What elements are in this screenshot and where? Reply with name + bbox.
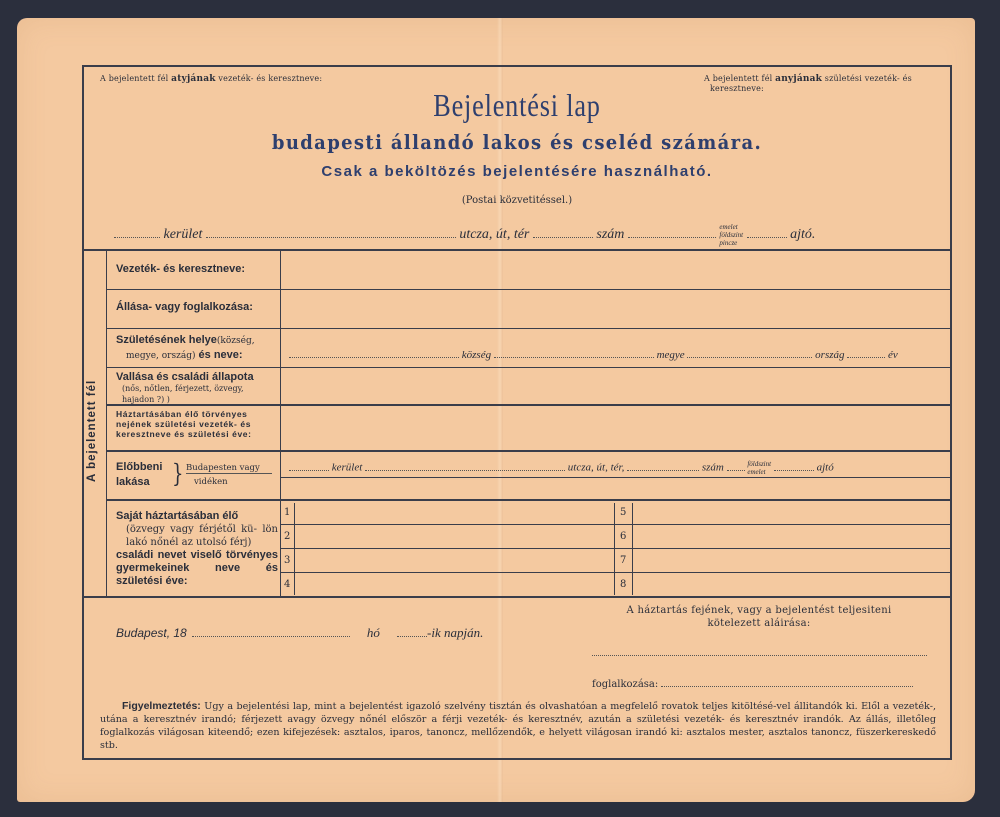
father-name-label: A bejelentett fél atyjának vezeték- és k…: [100, 74, 322, 84]
divider: [84, 596, 950, 598]
warning-text: Figyelmeztetés: Ugy a bejelentési lap, m…: [100, 700, 936, 752]
wife-label: Háztartásában élő törvényes nejének szül…: [116, 409, 276, 439]
child-number: 5: [620, 507, 626, 518]
side-label: A bejelentett fél: [86, 380, 98, 482]
month-field[interactable]: [192, 628, 350, 637]
divider: [106, 450, 950, 452]
signature-field[interactable]: [592, 655, 927, 656]
page-title: Bejelentési lap: [162, 87, 872, 124]
child-number: 4: [284, 579, 290, 590]
floor-field[interactable]: [628, 229, 716, 238]
child-number: 2: [284, 531, 290, 542]
child-field-5[interactable]: [634, 503, 948, 524]
divider: [106, 328, 950, 329]
district-field[interactable]: [114, 229, 160, 238]
year-field[interactable]: [847, 349, 885, 358]
county-field[interactable]: [494, 349, 654, 358]
child-number: 8: [620, 579, 626, 590]
day-field[interactable]: [397, 628, 427, 637]
religion-field[interactable]: [282, 368, 950, 404]
child-field-7[interactable]: [634, 549, 948, 572]
child-number: 1: [284, 507, 290, 518]
prev-door-field[interactable]: [774, 462, 814, 471]
prev-street-field[interactable]: [365, 462, 565, 471]
prev-number-field[interactable]: [627, 462, 699, 471]
previous-residence-options: Budapesten vagy vidéken: [186, 461, 272, 489]
divider: [280, 251, 281, 597]
children-label: Saját háztartásában élő (özvegy vagy fér…: [116, 507, 278, 588]
floor-options: emelet földszint pincze: [719, 223, 743, 247]
divider: [632, 503, 633, 595]
number-field[interactable]: [533, 229, 593, 238]
prev-district-field[interactable]: [289, 462, 329, 471]
date-line: Budapest, 18 hó -ik napján.: [116, 622, 483, 641]
child-field-6[interactable]: [634, 525, 948, 548]
child-number: 3: [284, 555, 290, 566]
divider: [280, 477, 950, 478]
country-field[interactable]: [687, 349, 812, 358]
door-field[interactable]: [747, 229, 787, 238]
address-line: kerület utcza, út, tér szám emelet földs…: [114, 223, 944, 247]
village-field[interactable]: [289, 349, 459, 358]
brace: }: [172, 454, 183, 496]
divider: [106, 251, 107, 597]
usage-note: Csak a beköltözés bejelentésére használh…: [84, 163, 950, 180]
child-field-2[interactable]: [296, 525, 612, 548]
birthplace-label: Születésének helye(község, megye, ország…: [116, 333, 255, 363]
name-label: Vezeték- és keresztneve:: [116, 263, 245, 275]
prev-floor-options: földszint emelet: [747, 460, 771, 476]
child-number: 6: [620, 531, 626, 542]
child-field-8[interactable]: [634, 573, 948, 596]
child-field-3[interactable]: [296, 549, 612, 572]
postal-note: (Postai közvetitéssel.): [84, 195, 950, 206]
wife-field[interactable]: [282, 406, 950, 450]
child-field-1[interactable]: [296, 503, 612, 524]
divider: [106, 499, 950, 501]
street-field[interactable]: [206, 229, 456, 238]
divider: [614, 503, 615, 595]
occupation-label: Állása- vagy foglalkozása:: [116, 301, 253, 313]
signer-occupation-field[interactable]: [661, 678, 913, 687]
name-field[interactable]: [282, 251, 950, 289]
signer-label: A háztartás fejének, vagy a bejelentést …: [584, 604, 934, 630]
previous-residence-label: Előbbeni lakása: [116, 460, 162, 490]
previous-address-fields: kerület utcza, út, tér, szám földszint e…: [289, 460, 949, 476]
religion-label: Vallása és családi állapota (nős, nőtlen…: [116, 369, 278, 405]
divider: [294, 503, 295, 595]
prev-floor-field[interactable]: [727, 462, 745, 471]
birthplace-fields: község megye ország év: [289, 349, 949, 361]
page-subtitle: budapesti állandó lakos és cseléd számár…: [127, 130, 906, 154]
child-field-4[interactable]: [296, 573, 612, 596]
form-frame: A bejelentett fél atyjának vezeték- és k…: [82, 65, 952, 760]
occupation-field[interactable]: [282, 290, 950, 328]
child-number: 7: [620, 555, 626, 566]
signer-occupation: foglalkozása:: [592, 678, 913, 690]
